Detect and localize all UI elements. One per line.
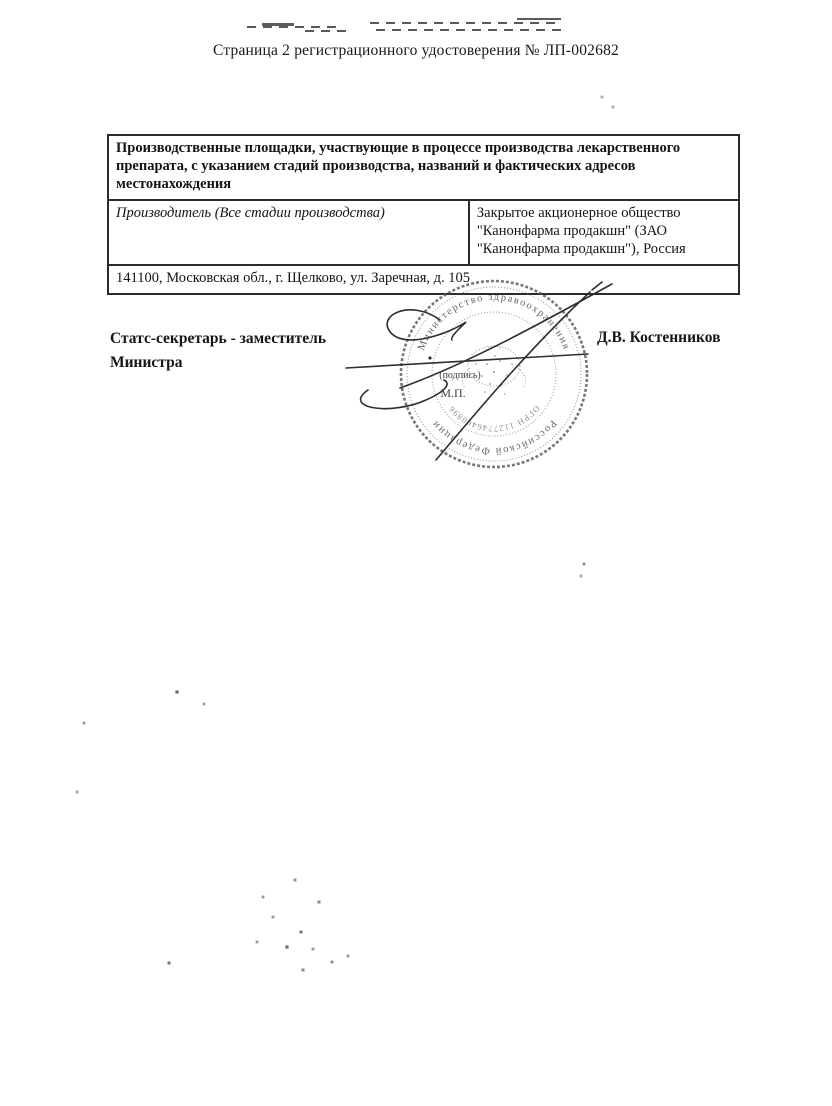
redaction-mark [247, 26, 342, 28]
seal-ring-text-top: Министерство здравоохранения [416, 292, 572, 352]
seal-ring [407, 287, 581, 461]
redaction-mark [517, 18, 561, 20]
scanned-document-page: Страница 2 регистрационного удостоверени… [0, 0, 832, 1106]
table-row: Производитель (Все стадии производства) … [108, 200, 739, 265]
seal-ring-text-bottom: Российской Федерации [430, 418, 559, 456]
redaction-mark [370, 22, 562, 24]
producer-label-cell: Производитель (Все стадии производства) [108, 200, 469, 265]
redaction-mark [305, 30, 347, 32]
signature-caption: (подпись) [439, 370, 481, 381]
redaction-mark [262, 23, 294, 26]
table-row: Производственные площадки, участвующие в… [108, 135, 739, 200]
seal-ogrn-number: ОГРН 1127746460896 [446, 404, 542, 434]
official-seal-stamp: Министерство здравоохранения Российской … [340, 268, 640, 483]
page-title: Страница 2 регистрационного удостоверени… [0, 42, 832, 60]
scan-noise [0, 0, 2, 2]
producer-value-cell: Закрытое акционерное общество "Канонфарм… [469, 200, 739, 265]
redaction-mark [370, 29, 562, 31]
table-header-cell: Производственные площадки, участвующие в… [108, 135, 739, 200]
seal-outer-ring [401, 281, 587, 467]
